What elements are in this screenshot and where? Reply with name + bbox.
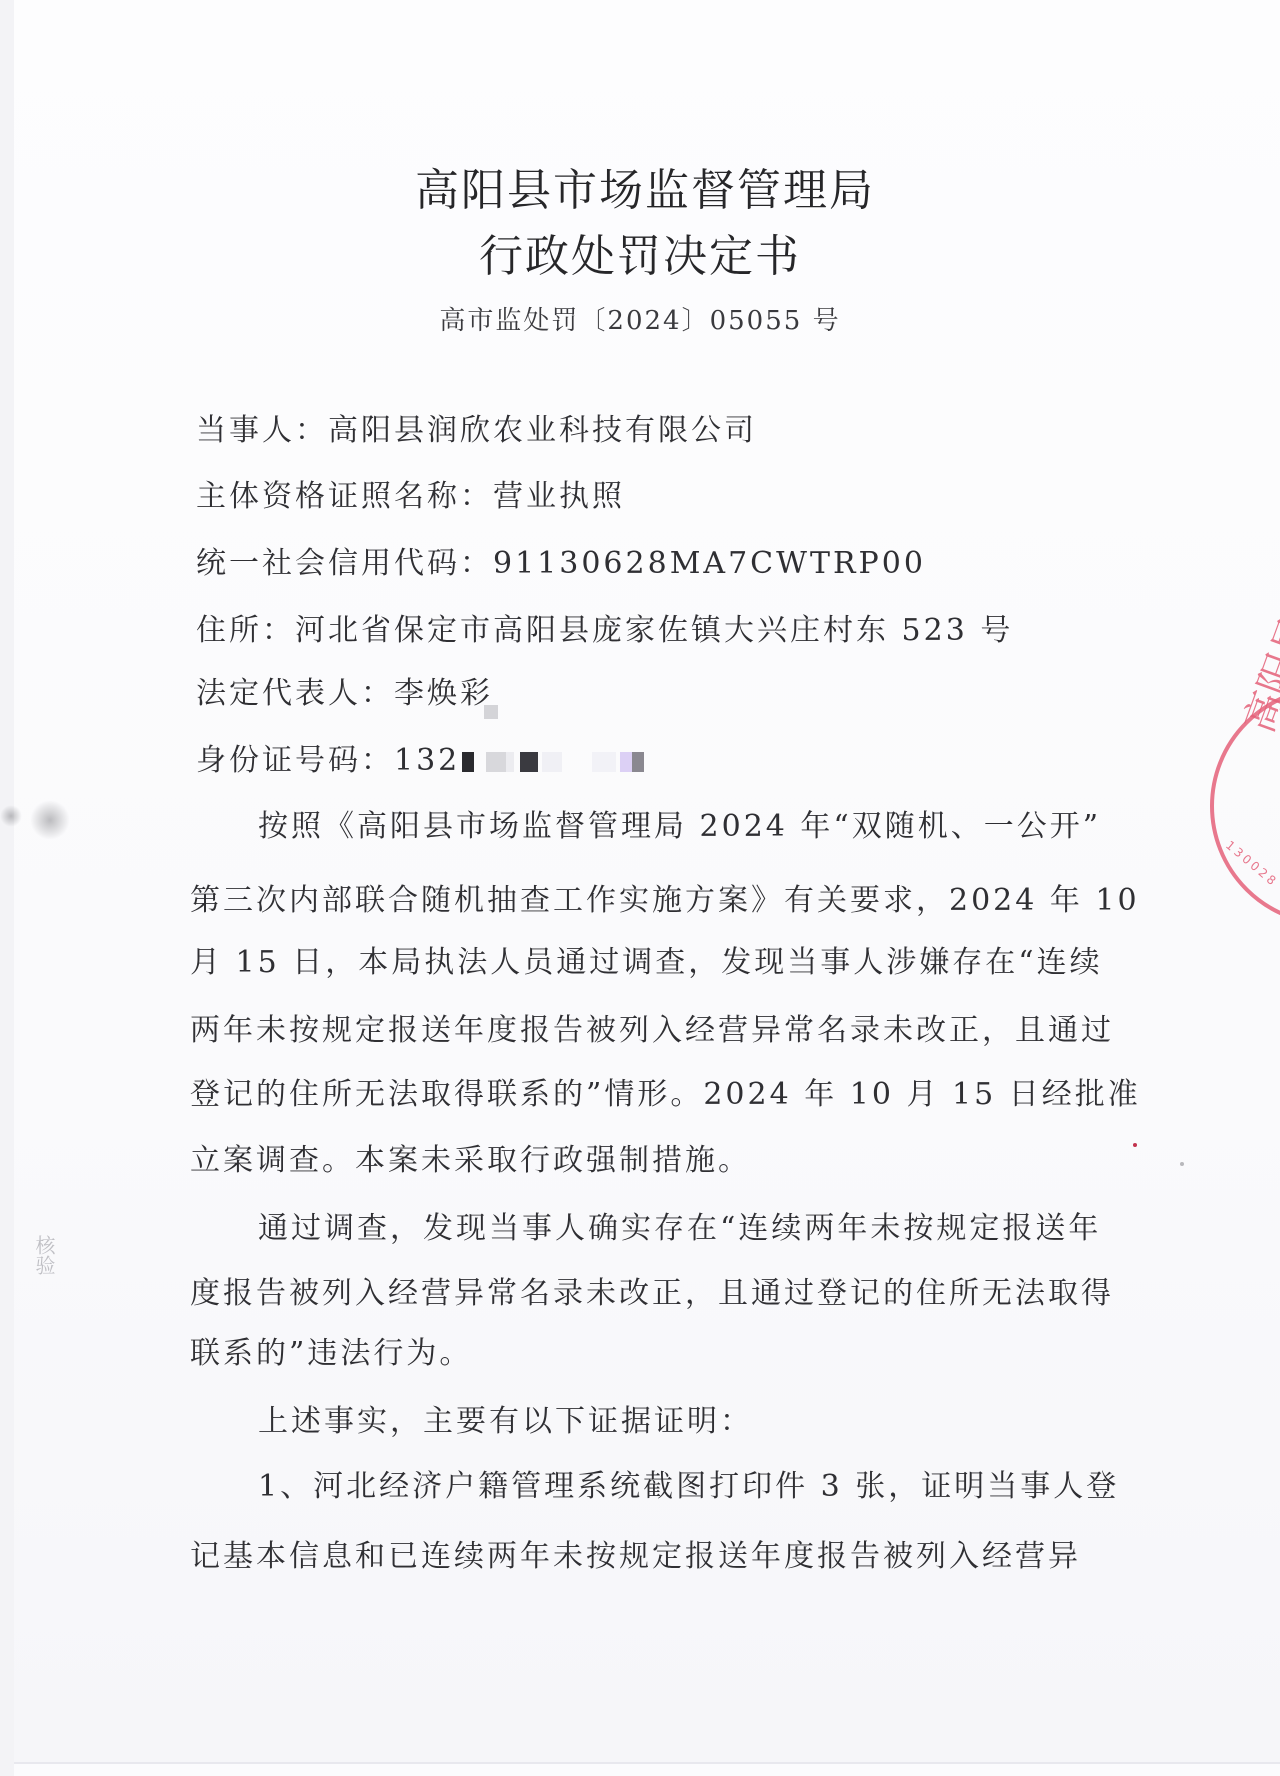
body-line-1: 按照《高阳县市场监督管理局 2024 年“双随机、一公开”	[258, 801, 1101, 845]
id-number-label: 身份证号码：	[196, 743, 394, 778]
redaction-mark	[484, 705, 498, 719]
party-name-label: 当事人：	[196, 413, 328, 448]
evidence-item-1: 1、河北经济户籍管理系统截图打印件 3 张，证明当事人登	[258, 1461, 1119, 1505]
license-name-label: 主体资格证照名称：	[196, 479, 493, 514]
body-line-7: 通过调查，发现当事人确实存在“连续两年未按规定报送年	[258, 1203, 1101, 1247]
evidence-item-1-cont: 记基本信息和已连续两年未按规定报送年度报告被列入经营异	[190, 1531, 1081, 1575]
document-type-title: 行政处罚决定书	[0, 220, 1280, 284]
body-line-3: 月 15 日，本局执法人员通过调查，发现当事人涉嫌存在“连续	[190, 937, 1103, 981]
body-line-5: 登记的住所无法取得联系的”情形。2024 年 10 月 15 日经批准	[190, 1069, 1141, 1113]
scan-smudge	[30, 800, 70, 840]
legal-rep-row: 法定代表人：李焕彩	[196, 668, 493, 712]
license-name-value: 营业执照	[493, 479, 625, 514]
license-name-row: 主体资格证照名称：营业执照	[196, 471, 625, 515]
address-row: 住所：河北省保定市高阳县庞家佐镇大兴庄村东 523 号	[196, 605, 1013, 649]
id-number-value: 132	[394, 743, 460, 778]
scan-smudge	[0, 805, 22, 827]
evidence-intro: 上述事实，主要有以下证据证明：	[258, 1396, 753, 1440]
credit-code-value: 91130628MA7CWTRP00	[493, 546, 926, 581]
document-number: 高市监处罚〔2024〕05055 号	[0, 300, 1280, 337]
body-line-4: 两年未按规定报送年度报告被列入经营异常名录未改正，且通过	[190, 1005, 1114, 1049]
id-number-redaction	[462, 750, 762, 774]
body-line-6: 立案调查。本案未采取行政强制措施。	[190, 1135, 751, 1179]
body-line-9: 联系的”违法行为。	[190, 1328, 472, 1372]
legal-rep-value: 李焕彩	[394, 676, 493, 711]
body-line-2: 第三次内部联合随机抽查工作实施方案》有关要求，2024 年 10	[190, 875, 1140, 919]
ink-dot	[1133, 1143, 1137, 1147]
body-line-8: 度报告被列入经营异常名录未改正，且通过登记的住所无法取得	[190, 1268, 1114, 1312]
party-name-row: 当事人：高阳县润欣农业科技有限公司	[196, 405, 757, 449]
credit-code-row: 统一社会信用代码：91130628MA7CWTRP00	[196, 538, 926, 582]
id-number-row: 身份证号码：132	[196, 735, 762, 779]
issuing-authority-title: 高阳县市场监督管理局	[5, 154, 1280, 218]
ink-dot	[1180, 1162, 1184, 1166]
margin-handwriting: 核验	[30, 1235, 59, 1275]
address-label: 住所：	[196, 613, 295, 648]
address-value: 河北省保定市高阳县庞家佐镇大兴庄村东 523 号	[295, 613, 1013, 648]
party-name-value: 高阳县润欣农业科技有限公司	[328, 413, 757, 448]
credit-code-label: 统一社会信用代码：	[196, 546, 493, 581]
legal-rep-label: 法定代表人：	[196, 676, 394, 711]
